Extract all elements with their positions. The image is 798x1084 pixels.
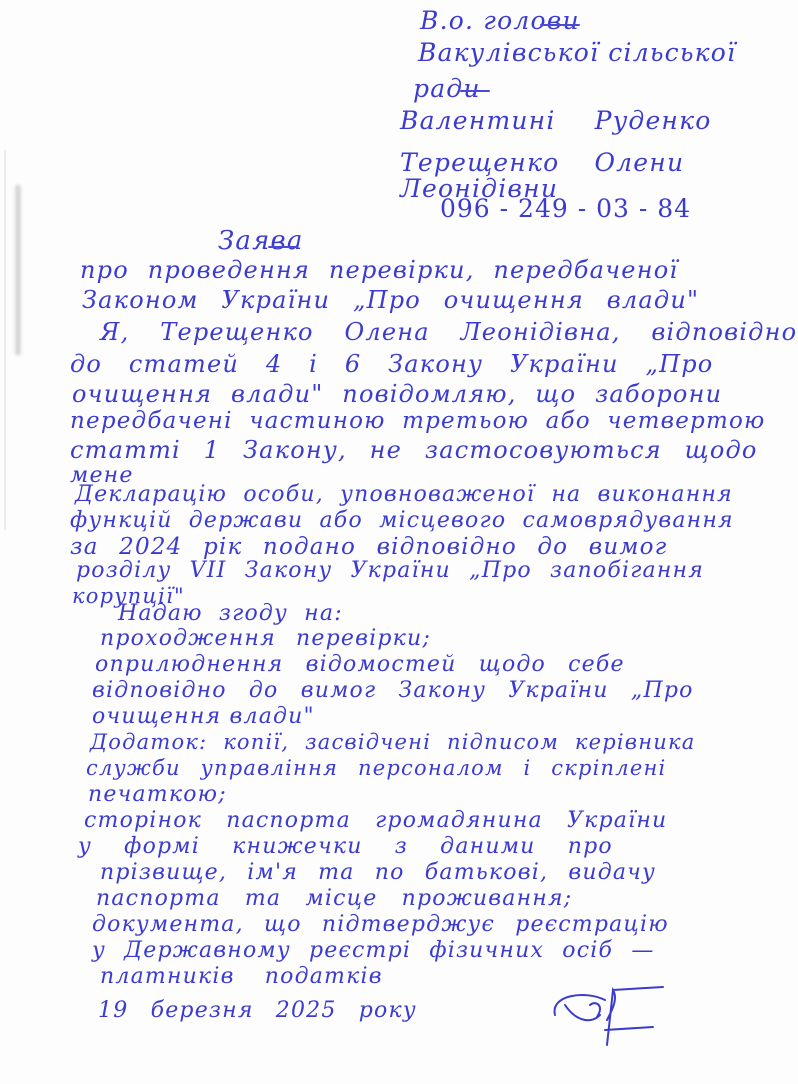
document-title: Заява	[218, 228, 304, 254]
body-line: Декларацію особи, уповноваженої на викон…	[75, 484, 733, 506]
body-line: за 2024 рік подано відповідно до вимог	[70, 536, 667, 559]
title-flourish	[268, 246, 298, 248]
body-line: проходження перевірки;	[100, 628, 431, 650]
signature-mark	[545, 975, 675, 1055]
body-line: документа, що підтверджує реєстрацію	[92, 914, 669, 936]
addressee-line-2: Вакулівської сільської	[418, 40, 736, 65]
body-line: очищення влади" повідомляю, що заборони	[72, 382, 722, 406]
flourish-line	[460, 90, 490, 92]
body-line: служби управління персоналом і скріплені	[86, 758, 666, 779]
document-page: В.о. голови Вакулівської сільської ради …	[0, 0, 798, 1084]
body-line: у формі книжечки з даними про	[78, 836, 613, 858]
body-line: платників податків	[100, 966, 383, 988]
addressee-line-1: В.о. голови	[420, 8, 580, 33]
subtitle-line-1: про проведення перевірки, передбаченої	[80, 258, 678, 282]
body-line: Додаток: копії, засвідчені підписом кері…	[90, 732, 695, 753]
body-line: передбачені частиною третьою або четверт…	[70, 410, 765, 433]
body-line: оприлюднення відомостей щодо себе	[95, 654, 625, 676]
body-line: Надаю згоду на:	[118, 603, 343, 625]
body-line: паспорта та місце проживання;	[96, 888, 572, 910]
body-line: статті 1 Закону, не застосовуються щодо	[70, 438, 758, 462]
flourish-line	[540, 24, 580, 26]
body-line: печаткою;	[88, 784, 227, 806]
sender-phone: 096 - 249 - 03 - 84	[440, 196, 691, 221]
body-line: функцій держави або місцевого самоврядув…	[70, 510, 734, 532]
addressee-line-3: ради	[413, 76, 481, 101]
body-line: очищення влади"	[92, 706, 315, 728]
scan-shadow-artifact	[14, 185, 22, 355]
body-line: відповідно до вимог Закону України „Про	[92, 680, 694, 702]
body-line: прізвище, ім'я та по батькові, видачу	[100, 862, 656, 884]
body-line: у Державному реєстрі фізичних осіб —	[92, 940, 655, 962]
sender-name-line-1: Терещенко Олени	[400, 150, 684, 175]
body-line: до статей 4 і 6 Закону України „Про	[70, 352, 713, 376]
body-line: сторінок паспорта громадянина України	[84, 810, 667, 832]
document-date: 19 березня 2025 року	[98, 1000, 417, 1022]
subtitle-line-2: Законом України „Про очищення влади"	[82, 288, 699, 312]
addressee-line-4: Валентині Руденко	[400, 108, 711, 133]
scan-edge-artifact	[4, 150, 6, 530]
body-line: Я, Терещенко Олена Леонідівна, відповідн…	[100, 320, 797, 344]
body-line: розділу VII Закону України „Про запобіга…	[76, 560, 704, 582]
